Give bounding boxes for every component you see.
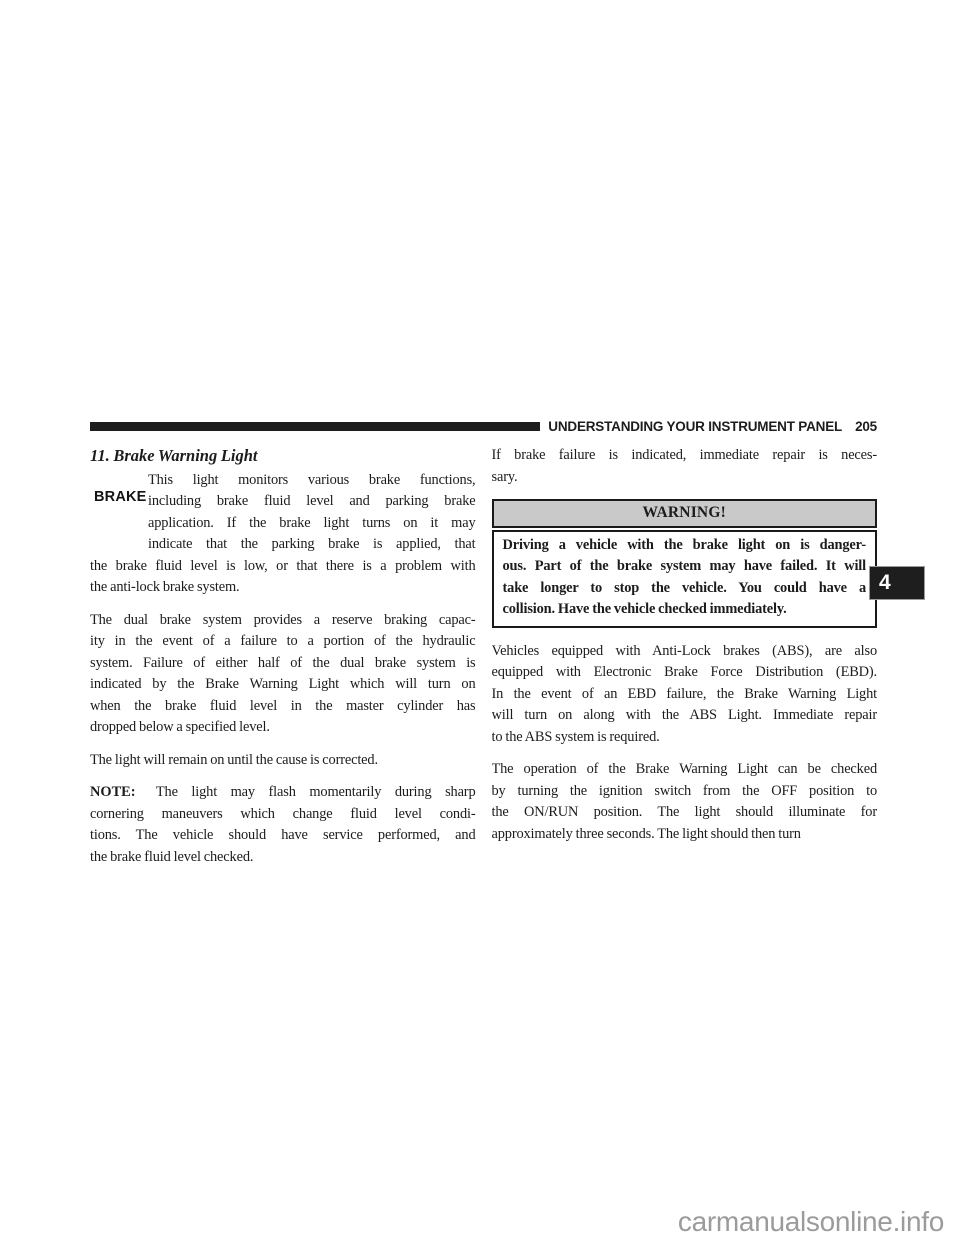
text-line: when the brake fluid level in the master… [90,696,476,718]
text-line: ous. Part of the brake system may have f… [503,556,867,578]
header-rule [90,422,540,431]
operation-paragraph: The operation of the Brake Warning Light… [492,759,878,845]
header-title: UNDERSTANDING YOUR INSTRUMENT PANEL [548,419,842,434]
text-line: take longer to stop the vehicle. You cou… [503,578,867,600]
text-line: The dual brake system provides a reserve… [90,610,476,632]
text-line: cornering maneuvers which change fluid l… [90,804,476,826]
abs-paragraph: Vehicles equipped with Anti-Lock brakes … [492,641,878,749]
warning-box: WARNING! Driving a vehicle with the brak… [492,499,878,628]
text-line: Vehicles equipped with Anti-Lock brakes … [492,641,878,663]
text-line: system. Failure of either half of the du… [90,653,476,675]
repair-paragraph: If brake failure is indicated, immediate… [492,445,878,488]
text-line: the anti-lock brake system. [90,577,476,599]
text-line: ity in the event of a failure to a porti… [90,631,476,653]
text-line: tions. The vehicle should have service p… [90,825,476,847]
header-page-number: 205 [855,419,877,434]
text-line: In the event of an EBD failure, the Brak… [492,684,878,706]
brake-indicator-icon: BRAKE [90,487,148,509]
text-line: the brake fluid level checked. [90,847,476,869]
two-column-body: 11. Brake Warning Light BRAKE This light… [90,445,877,879]
site-watermark: carmanualsonline.info [678,1206,944,1238]
text-line: including brake fluid level and parking … [90,491,476,513]
warning-box-body: Driving a vehicle with the brake light o… [492,530,878,628]
text-line: to the ABS system is required. [492,727,878,749]
note-paragraph: NOTE: The light may flash momentarily du… [90,782,476,868]
text-line: equipped with Electronic Brake Force Dis… [492,662,878,684]
section-heading: 11. Brake Warning Light [90,445,476,467]
text-line: will turn on along with the ABS Light. I… [492,705,878,727]
text-line: Driving a vehicle with the brake light o… [503,535,867,557]
brake-telltale: BRAKE [90,470,148,556]
text-line: approximately three seconds. The light s… [492,824,878,846]
right-column: If brake failure is indicated, immediate… [492,445,878,879]
chapter-thumb-tab: 4 [869,566,925,600]
text-line: dropped below a specified level. [90,717,476,739]
note-first-line: NOTE: The light may flash momentarily du… [90,782,476,804]
text-line: by turning the ignition switch from the … [492,781,878,803]
text-line: If brake failure is indicated, immediate… [492,445,878,467]
manual-page: UNDERSTANDING YOUR INSTRUMENT PANEL 205 … [0,0,960,1242]
text-line: sary. [492,467,878,489]
intro-paragraph-lines: This light monitors various brake functi… [90,470,476,599]
text-line: The operation of the Brake Warning Light… [492,759,878,781]
note-first-line-text: The light may flash momentarily during s… [156,784,476,800]
text-line: This light monitors various brake functi… [90,470,476,492]
text-line: indicated by the Brake Warning Light whi… [90,674,476,696]
text-line: collision. Have the vehicle checked imme… [503,599,867,621]
left-column: 11. Brake Warning Light BRAKE This light… [90,445,476,879]
intro-paragraph: BRAKE This light monitors various brake … [90,470,476,599]
note-extra-lines: cornering maneuvers which change fluid l… [90,804,476,869]
text-line: indicate that the parking brake is appli… [90,534,476,556]
text-line: The light will remain on until the cause… [90,750,476,772]
warning-box-title: WARNING! [492,499,878,528]
text-line: the ON/RUN position. The light should il… [492,802,878,824]
remain-on-paragraph: The light will remain on until the cause… [90,750,476,772]
text-line: application. If the brake light turns on… [90,513,476,535]
text-line: the brake fluid level is low, or that th… [90,556,476,578]
running-header: UNDERSTANDING YOUR INSTRUMENT PANEL 205 [90,419,877,434]
page-content: UNDERSTANDING YOUR INSTRUMENT PANEL 205 … [90,419,877,879]
dual-brake-paragraph: The dual brake system provides a reserve… [90,610,476,739]
note-label: NOTE: [90,784,136,800]
header-text-group: UNDERSTANDING YOUR INSTRUMENT PANEL 205 [548,419,877,434]
